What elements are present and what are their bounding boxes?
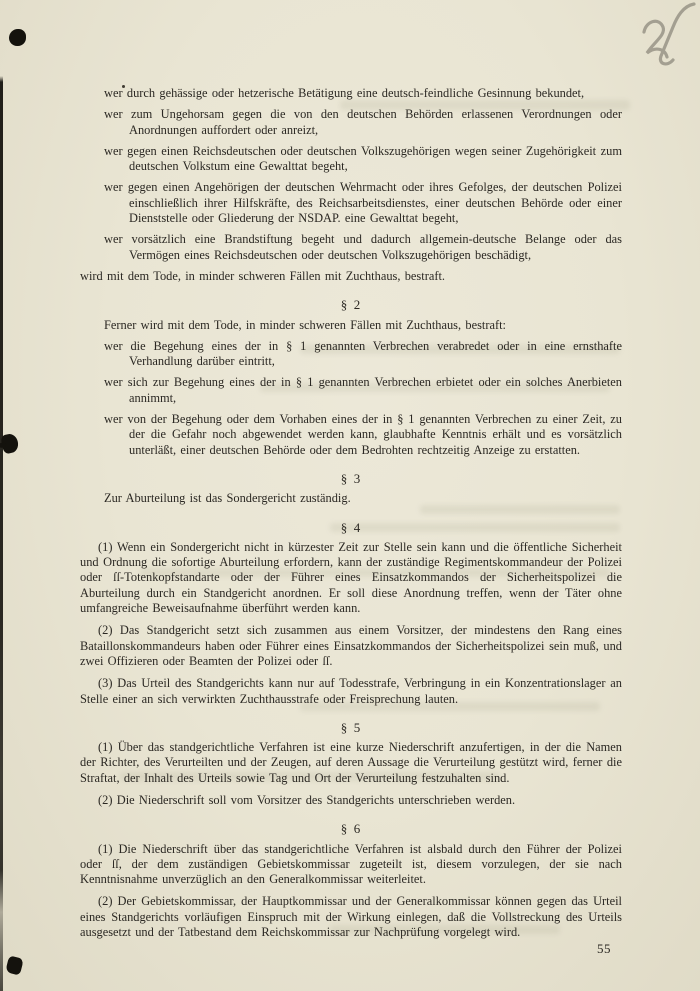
section-heading: § 2 <box>80 297 622 312</box>
ink-blob <box>0 433 20 455</box>
paragraph: (3) Das Urteil des Standgerichts kann nu… <box>80 676 622 707</box>
paragraph: wer von der Begehung oder dem Vorhaben e… <box>104 412 622 458</box>
document-page: wer durch gehässige oder hetzerische Bet… <box>0 0 700 991</box>
section-heading: § 4 <box>80 520 622 535</box>
paragraph: wer gegen einen Reichsdeutschen oder deu… <box>104 144 622 175</box>
paragraph: (2) Der Gebietskommissar, der Hauptkommi… <box>80 894 622 940</box>
section-heading: § 6 <box>80 821 622 836</box>
paragraph: wer durch gehässige oder hetzerische Bet… <box>104 86 622 101</box>
paragraph: wer gegen einen Angehörigen der deutsche… <box>104 180 622 226</box>
section-heading: § 3 <box>80 471 622 486</box>
paragraph: wer vorsätzlich eine Brandstiftung begeh… <box>104 232 622 263</box>
ink-blob <box>5 955 24 975</box>
paragraph: (2) Die Niederschrift soll vom Vorsitzer… <box>80 793 622 808</box>
paragraph: wer zum Ungehorsam gegen die von den deu… <box>104 107 622 138</box>
handwritten-mark <box>580 0 700 80</box>
paragraph: (2) Das Standgericht setzt sich zusammen… <box>80 623 622 669</box>
section-heading: § 5 <box>80 720 622 735</box>
text-column: wer durch gehässige oder hetzerische Bet… <box>80 86 622 947</box>
scan-edge-strip <box>0 0 3 991</box>
paragraph: (1) Über das standgerichtliche Verfahren… <box>80 740 622 786</box>
paragraph: Ferner wird mit dem Tode, in minder schw… <box>104 318 622 333</box>
paragraph: wird mit dem Tode, in minder schweren Fä… <box>80 269 622 284</box>
paragraph: (1) Wenn ein Sondergericht nicht in kürz… <box>80 540 622 616</box>
page-number: 55 <box>597 941 611 957</box>
paragraph: (1) Die Niederschrift über das standgeri… <box>80 842 622 888</box>
paragraph: wer sich zur Begehung eines der in § 1 g… <box>104 375 622 406</box>
ink-blob <box>9 29 26 46</box>
paragraph: wer die Begehung eines der in § 1 genann… <box>104 339 622 370</box>
paragraph: Zur Aburteilung ist das Sondergericht zu… <box>104 491 622 506</box>
